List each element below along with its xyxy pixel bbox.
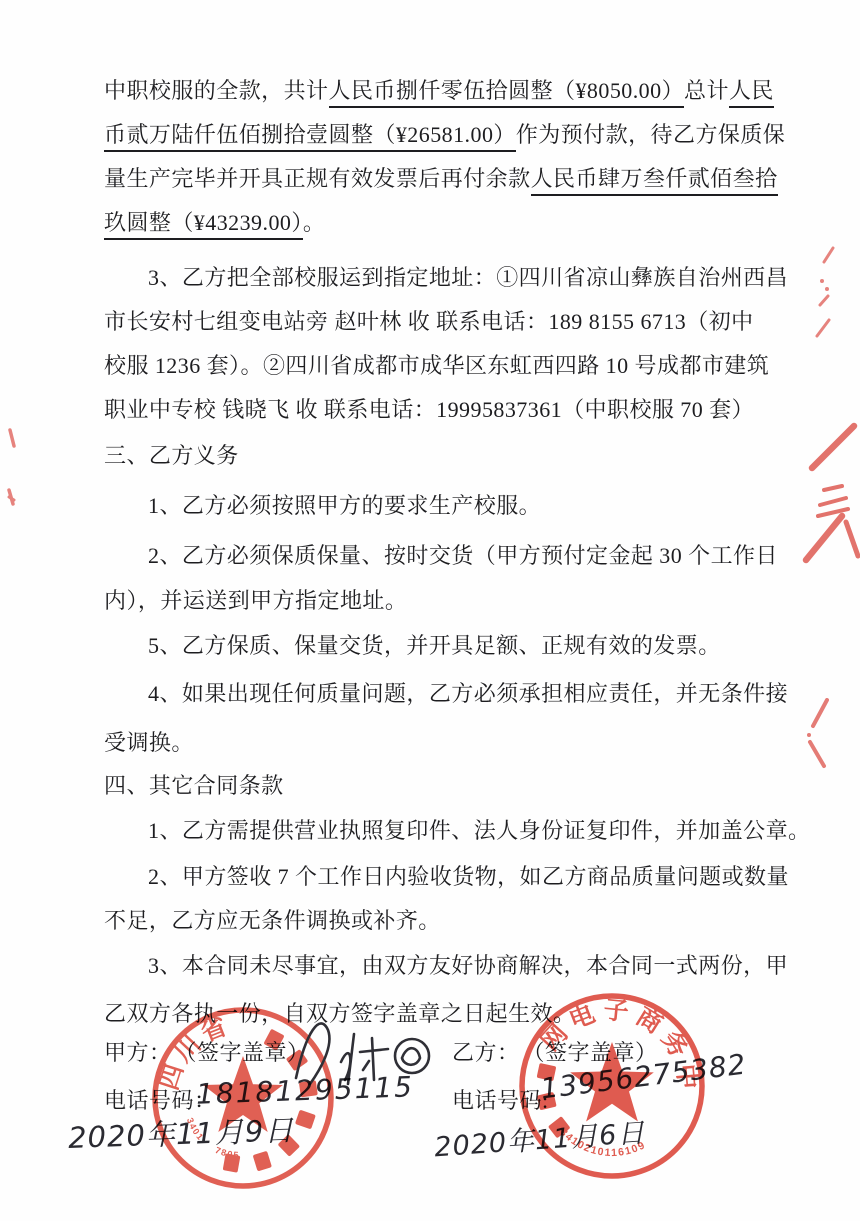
party-a-label: 甲方： xyxy=(104,1040,172,1065)
contract-text-segment: 量生产完毕并开具正规有效发票后再付余款 xyxy=(104,166,531,191)
contract-text-segment: 总计 xyxy=(684,78,729,103)
contract-text-line: 内），并运送到甲方指定地址。 xyxy=(104,585,794,617)
contract-text-segment: 1、乙方需提供营业执照复印件、法人身份证复印件，并加盖公章。 xyxy=(148,818,811,843)
contract-text-line: 受调换。 xyxy=(104,727,794,759)
party-b-phone-label: 电话号码: xyxy=(452,1088,549,1113)
party-a-phone-handwriting: 18181295115 xyxy=(195,1070,414,1111)
contract-text-line: 不足，乙方应无条件调换或补齐。 xyxy=(104,905,794,937)
contract-text-line: 4、如果出现任何质量问题，乙方必须承担相应责任，并无条件接 xyxy=(104,678,838,710)
contract-text-line: 2、乙方必须保质保量、按时交货（甲方预付定金起 30 个工作日 xyxy=(104,540,838,572)
contract-text-segment: 2、甲方签收 7 个工作日内验收货物，如乙方商品质量问题或数量 xyxy=(148,864,789,889)
contract-text-segment: 市长安村七组变电站旁 赵叶林 收 联系电话：189 8155 6713（初中 xyxy=(104,309,754,334)
contract-text-line: 3、本合同未尽事宜，由双方友好协商解决，本合同一式两份，甲 xyxy=(104,950,838,982)
contract-text-line: 玖圆整（¥43239.00）。 xyxy=(104,207,794,239)
underlined-amount-text: 人民 xyxy=(729,78,774,108)
contract-text-line: 5、乙方保质、保量交货，并开具足额、正规有效的发票。 xyxy=(104,630,838,662)
contract-text-line: 乙双方各执一份，自双方签字盖章之日起生效。 xyxy=(104,998,794,1030)
contract-page: 中职校服的全款，共计人民币捌仟零伍拾圆整（¥8050.00）总计人民币贰万陆仟伍… xyxy=(0,0,860,1221)
contract-text-line: 3、乙方把全部校服运到指定地址：①四川省凉山彝族自治州西昌 xyxy=(104,262,838,294)
underlined-amount-text: 玖圆整（¥43239.00） xyxy=(104,210,303,240)
contract-text-line: 量生产完毕并开具正规有效发票后再付余款人民币肆万叁仟贰佰叁拾 xyxy=(104,163,794,195)
contract-text-line: 市长安村七组变电站旁 赵叶林 收 联系电话：189 8155 6713（初中 xyxy=(104,306,794,338)
contract-text-segment: 3、本合同未尽事宜，由双方友好协商解决，本合同一式两份，甲 xyxy=(148,953,788,978)
contract-text-segment: 校服 1236 套）。②四川省成都市成华区东虹西四路 10 号成都市建筑 xyxy=(104,353,769,378)
party-b-date-handwriting: 2020年11月6日 xyxy=(433,1111,646,1165)
contract-text-line: 1、乙方需提供营业执照复印件、法人身份证复印件，并加盖公章。 xyxy=(104,815,838,847)
party-b-phone-line: 电话号码: xyxy=(452,1084,549,1115)
contract-text-line: 职业中专校 钱晓飞 收 联系电话：19995837361（中职校服 70 套） xyxy=(104,394,794,426)
contract-text-segment: 5、乙方保质、保量交货，并开具足额、正规有效的发票。 xyxy=(148,633,721,658)
party-a-date-handwriting: 2020年11月9日 xyxy=(67,1108,294,1157)
contract-text-line: 2、甲方签收 7 个工作日内验收货物，如乙方商品质量问题或数量 xyxy=(104,861,838,893)
contract-text-line: 四、其它合同条款 xyxy=(104,770,794,802)
contract-text-line: 中职校服的全款，共计人民币捌仟零伍拾圆整（¥8050.00）总计人民 xyxy=(104,75,794,107)
edge-stamp-fragment-left xyxy=(9,430,14,504)
contract-text-segment: 中职校服的全款，共计 xyxy=(104,78,329,103)
underlined-amount-text: 人民币捌仟零伍拾圆整（¥8050.00） xyxy=(329,78,685,108)
contract-text-segment: 乙双方各执一份，自双方签字盖章之日起生效。 xyxy=(104,1001,575,1026)
contract-text-segment: 1、乙方必须按照甲方的要求生产校服。 xyxy=(148,493,541,518)
contract-text-segment: 不足，乙方应无条件调换或补齐。 xyxy=(104,908,441,933)
underlined-amount-text: 币贰万陆仟伍佰捌拾壹圆整（¥26581.00） xyxy=(104,122,516,152)
contract-text-segment: 2、乙方必须保质保量、按时交货（甲方预付定金起 30 个工作日 xyxy=(148,543,778,568)
party-b-label: 乙方： xyxy=(452,1040,520,1065)
contract-text-line: 币贰万陆仟伍佰捌拾壹圆整（¥26581.00）作为预付款，待乙方保质保 xyxy=(104,119,794,151)
contract-text-segment: 职业中专校 钱晓飞 收 联系电话：19995837361（中职校服 70 套） xyxy=(104,397,754,422)
contract-text-line: 三、乙方义务 xyxy=(104,440,794,472)
contract-text-line: 校服 1236 套）。②四川省成都市成华区东虹西四路 10 号成都市建筑 xyxy=(104,350,794,382)
underlined-amount-text: 人民币肆万叁仟贰佰叁拾 xyxy=(531,166,778,196)
contract-text-line: 1、乙方必须按照甲方的要求生产校服。 xyxy=(104,490,838,522)
contract-text-segment: 。 xyxy=(303,210,325,235)
party-a-signature-line: 甲方：（签字盖章） xyxy=(104,1036,310,1067)
contract-text-segment: 4、如果出现任何质量问题，乙方必须承担相应责任，并无条件接 xyxy=(148,681,788,706)
party-a-sign-label: （签字盖章） xyxy=(186,1040,310,1065)
contract-text-segment: 内），并运送到甲方指定地址。 xyxy=(104,588,407,613)
contract-text-segment: 作为预付款，待乙方保质保 xyxy=(516,122,785,147)
contract-text-segment: 受调换。 xyxy=(104,730,194,755)
contract-text-segment: 三、乙方义务 xyxy=(104,443,239,468)
contract-text-segment: 3、乙方把全部校服运到指定地址：①四川省凉山彝族自治州西昌 xyxy=(148,265,788,290)
contract-text-segment: 四、其它合同条款 xyxy=(104,773,284,798)
